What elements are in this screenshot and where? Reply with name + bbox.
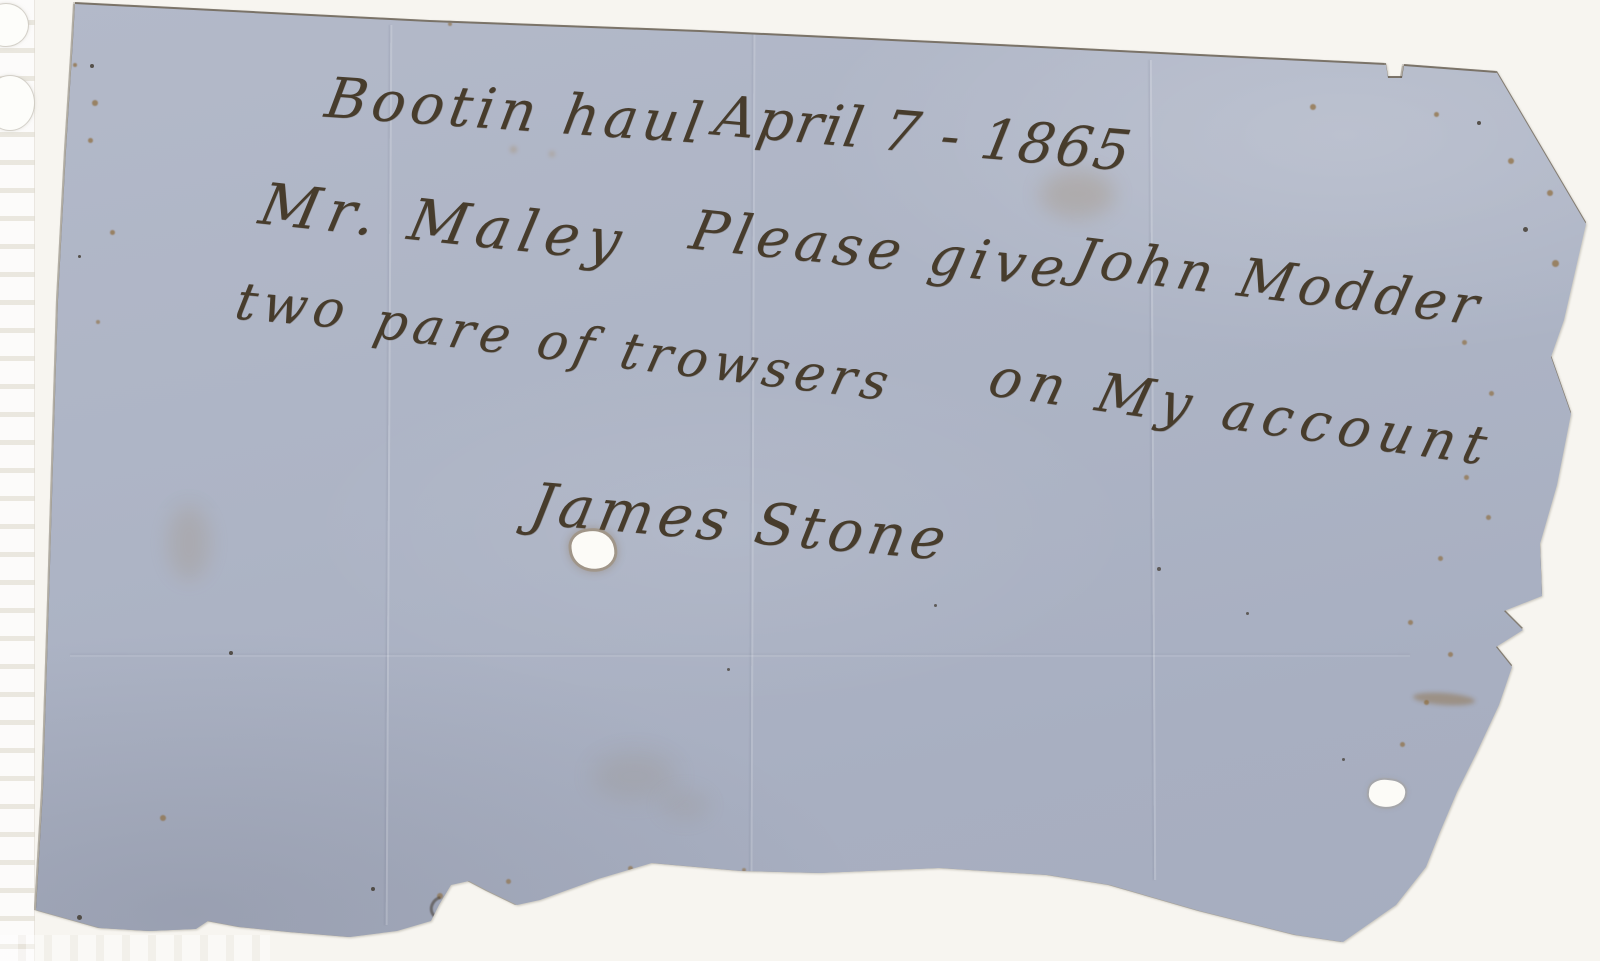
handwritten-addressee: Mr. Maley xyxy=(254,170,635,275)
stain-smudge xyxy=(592,752,677,800)
foxing-spot xyxy=(742,868,746,872)
fold-crease xyxy=(70,655,1410,657)
foxing-spot xyxy=(1246,612,1249,615)
foxing-spot xyxy=(1434,112,1439,117)
foxing-spot xyxy=(229,651,233,655)
stain-smudge xyxy=(1413,691,1476,707)
handwritten-request: Please give xyxy=(685,198,1077,301)
handwritten-place: Bootin haul xyxy=(321,66,713,157)
foxing-spot xyxy=(1547,190,1553,196)
foxing-spot xyxy=(1523,227,1528,232)
handwritten-recipient: John Modder xyxy=(1068,226,1490,338)
foxing-spot xyxy=(972,16,975,19)
foxing-spot xyxy=(1462,340,1467,345)
foxing-spot xyxy=(371,887,375,891)
foxing-spot xyxy=(1310,104,1316,110)
handwritten-charge: on My account xyxy=(983,346,1501,478)
foxing-spot xyxy=(1342,758,1345,761)
scanned-note-image: Bootin haul April 7 - 1865 Mr. Maley Ple… xyxy=(0,0,1600,961)
stain-smudge xyxy=(168,505,210,580)
foxing-spot xyxy=(510,146,517,153)
foxing-spot xyxy=(1157,567,1161,571)
handwritten-date: April 7 - 1865 xyxy=(710,84,1138,185)
foxing-spot xyxy=(1352,22,1356,26)
note-paper: Bootin haul April 7 - 1865 Mr. Maley Ple… xyxy=(0,0,1600,961)
stain-smudge xyxy=(660,790,710,820)
fold-crease xyxy=(386,25,393,925)
foxing-spot xyxy=(1413,57,1416,60)
foxing-spot xyxy=(448,22,452,26)
foxing-spot xyxy=(73,63,77,67)
foxing-spot xyxy=(96,320,100,324)
handwritten-item: pare of trowsers xyxy=(369,292,900,413)
foxing-spot xyxy=(1489,391,1494,396)
handwritten-quantity: two xyxy=(230,272,356,341)
foxing-spot xyxy=(1552,260,1559,267)
foxing-spot xyxy=(92,100,98,106)
fold-crease xyxy=(1150,60,1156,880)
foxing-spot xyxy=(727,668,730,671)
foxing-spot xyxy=(1408,620,1413,625)
foxing-spot xyxy=(110,230,115,235)
torn-edge-curl xyxy=(425,891,462,928)
note-paper-shadow: Bootin haul April 7 - 1865 Mr. Maley Ple… xyxy=(0,0,1600,961)
foxing-spot xyxy=(1400,742,1405,747)
punched-hole xyxy=(1368,778,1407,809)
foxing-spot xyxy=(1508,158,1514,164)
fold-crease xyxy=(751,30,756,880)
foxing-spot xyxy=(1190,36,1193,39)
foxing-spot xyxy=(88,138,93,143)
foxing-spot xyxy=(160,815,166,821)
foxing-spot xyxy=(1447,40,1450,43)
foxing-spot xyxy=(506,879,511,884)
foxing-spot xyxy=(1486,515,1491,520)
foxing-spot xyxy=(628,866,633,871)
foxing-spot xyxy=(78,255,81,258)
foxing-spot xyxy=(77,915,82,920)
foxing-spot xyxy=(1448,652,1453,657)
foxing-spot xyxy=(90,64,94,68)
foxing-spot xyxy=(549,151,555,157)
foxing-spot xyxy=(934,604,937,607)
foxing-spot xyxy=(1477,121,1481,125)
foxing-spot xyxy=(1438,556,1443,561)
